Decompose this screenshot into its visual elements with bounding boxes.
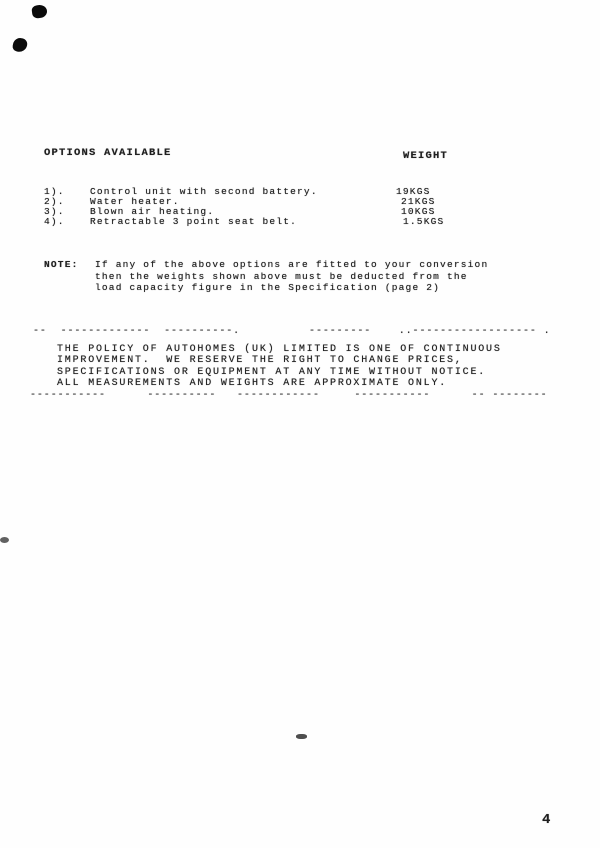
scan-artifact-blob	[12, 37, 29, 54]
policy-statement-block: THE POLICY OF AUTOHOMES (UK) LIMITED IS …	[57, 344, 502, 390]
option-row: 4).Retractable 3 point seat belt. 1.5KGS	[44, 217, 564, 227]
options-available-heading: OPTIONS AVAILABLE	[44, 147, 172, 159]
note-line: load capacity figure in the Specificatio…	[95, 282, 488, 294]
dashed-divider-bottom: ----------- ---------- ------------ ----…	[30, 390, 548, 402]
scan-artifact-smudge	[0, 537, 9, 543]
option-label: Retractable 3 point seat belt.	[90, 216, 297, 227]
scan-artifact-smudge	[296, 734, 307, 739]
policy-line: IMPROVEMENT. WE RESERVE THE RIGHT TO CHA…	[57, 355, 502, 366]
weight-column-heading: WEIGHT	[403, 150, 448, 162]
option-weight: 1.5KGS	[403, 217, 444, 227]
note-block: NOTE: If any of the above options are fi…	[44, 259, 488, 294]
note-label: NOTE:	[44, 259, 95, 271]
options-list: 1).Control unit with second battery. 19K…	[44, 187, 564, 227]
policy-line: ALL MEASUREMENTS AND WEIGHTS ARE APPROXI…	[57, 378, 502, 389]
option-number: 4).	[44, 217, 90, 227]
note-text: If any of the above options are fitted t…	[95, 259, 488, 294]
policy-line: SPECIFICATIONS OR EQUIPMENT AT ANY TIME …	[57, 367, 502, 378]
scanned-document-page: OPTIONS AVAILABLE WEIGHT 1).Control unit…	[0, 0, 600, 848]
note-line: If any of the above options are fitted t…	[95, 259, 488, 271]
scan-artifact-blob	[31, 4, 48, 19]
page-number: 4	[542, 812, 550, 828]
policy-line: THE POLICY OF AUTOHOMES (UK) LIMITED IS …	[57, 344, 502, 355]
dashed-divider-top: -- ------------- ----------. --------- .…	[33, 326, 551, 338]
note-line: then the weights shown above must be ded…	[95, 271, 488, 283]
